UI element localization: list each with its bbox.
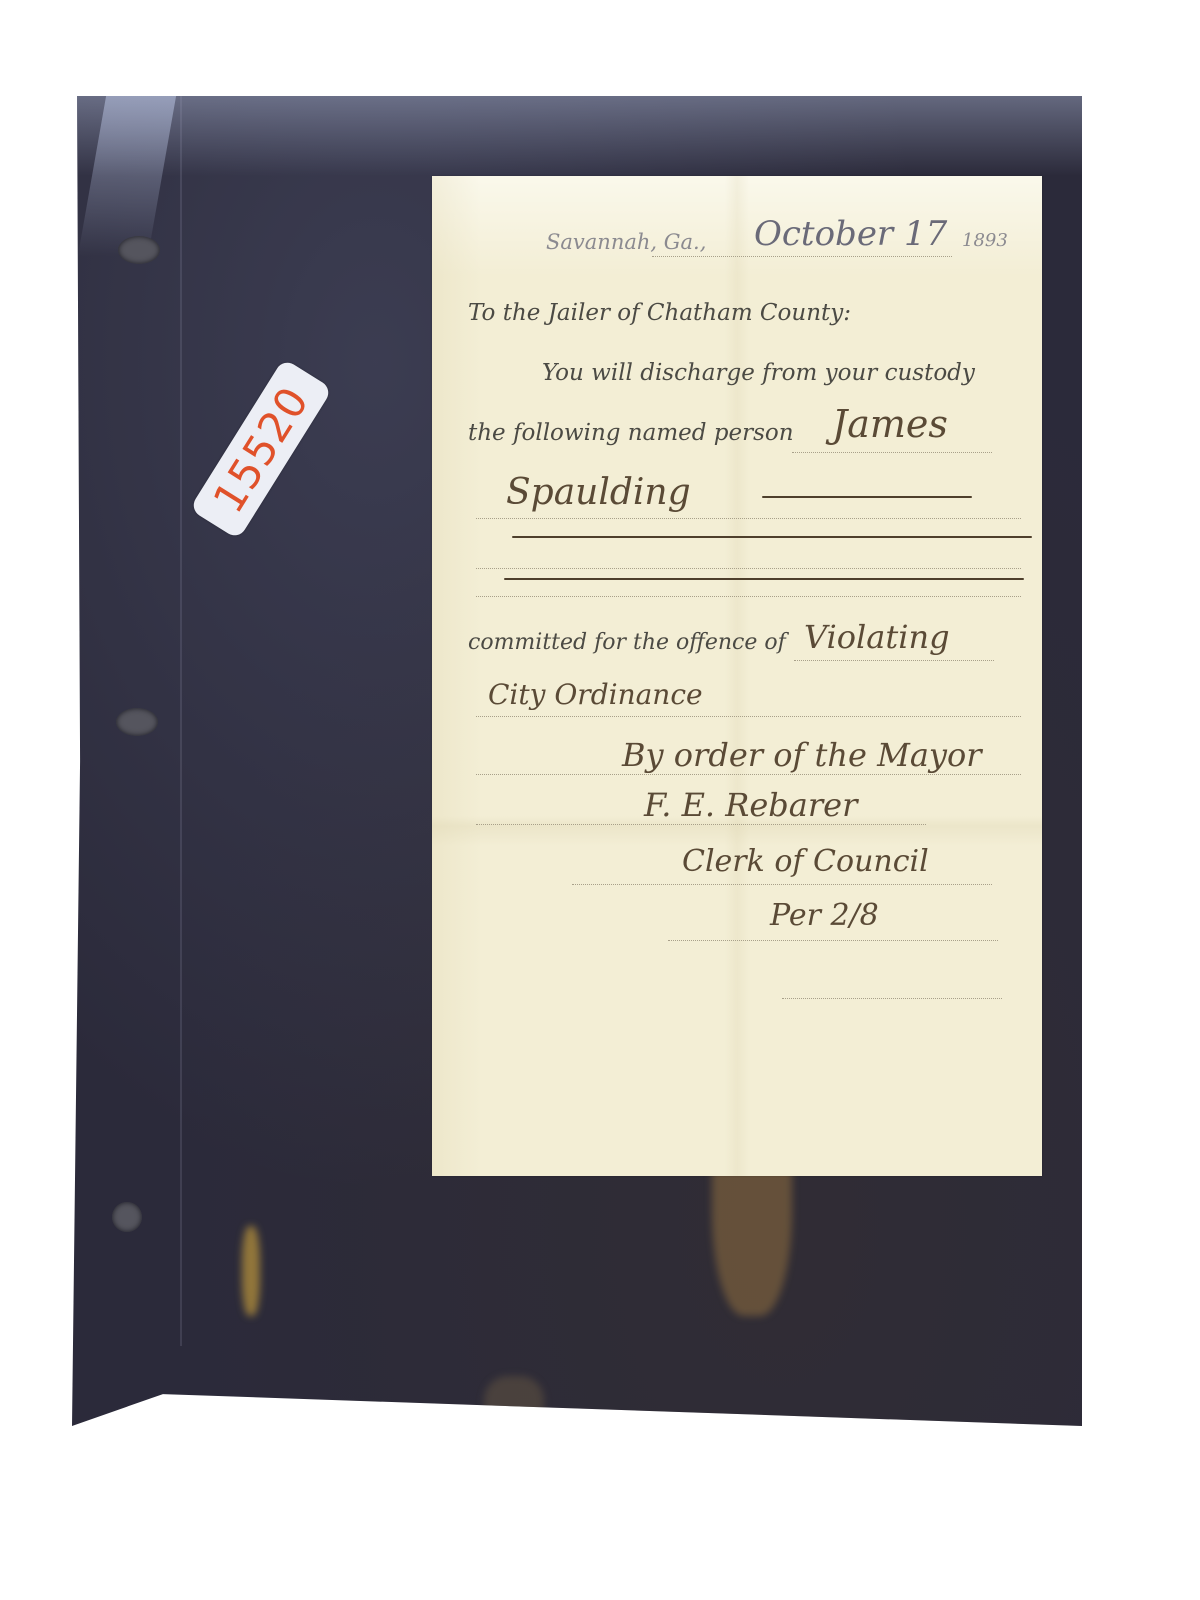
signature-title: Clerk of Council [682, 844, 929, 879]
signature-line-4 [668, 940, 998, 941]
fill-stroke [762, 496, 972, 498]
offence-line-2 [476, 716, 1021, 717]
fill-stroke [504, 578, 1024, 580]
person-prompt: the following named person [468, 420, 794, 446]
discharge-document: Savannah, Ga., October 17 1893 To the Ja… [432, 176, 1042, 1176]
light-reflection [242, 1226, 260, 1316]
document-year: 1893 [962, 230, 1008, 251]
offence-line-1 [794, 660, 994, 661]
signature-order: By order of the Mayor [622, 736, 982, 774]
light-reflection [484, 1376, 544, 1436]
offence-prompt: committed for the offence of [468, 630, 786, 655]
date-line [652, 256, 952, 257]
salutation: To the Jailer of Chatham County: [468, 300, 851, 326]
offence-text-1: Violating [804, 618, 950, 656]
offence-text-2: City Ordinance [488, 678, 703, 711]
signature-line-2 [476, 824, 926, 825]
signature-per: Per 2/8 [770, 898, 879, 933]
signature-line-3 [572, 884, 992, 885]
document-place: Savannah, Ga., [546, 230, 706, 254]
signature-name: F. E. Rebarer [644, 786, 857, 824]
person-line-4 [476, 596, 1021, 597]
person-first-name: James [832, 402, 948, 446]
signature-line-1 [476, 774, 1021, 775]
instruction: You will discharge from your custody [542, 360, 975, 386]
binder-hole-icon [112, 1202, 142, 1232]
person-line-2 [476, 518, 1021, 519]
binder-hole-icon [118, 236, 160, 264]
binder-hole-icon [116, 708, 158, 736]
person-last-name: Spaulding [506, 472, 691, 513]
document-date: October 17 [754, 214, 947, 254]
sleeve-spine [180, 96, 182, 1346]
person-line-3 [476, 568, 1021, 569]
sleeve-glare [72, 96, 1082, 176]
fill-stroke [512, 536, 1032, 538]
person-line-1 [792, 452, 992, 453]
signature-line-5 [782, 998, 1002, 999]
